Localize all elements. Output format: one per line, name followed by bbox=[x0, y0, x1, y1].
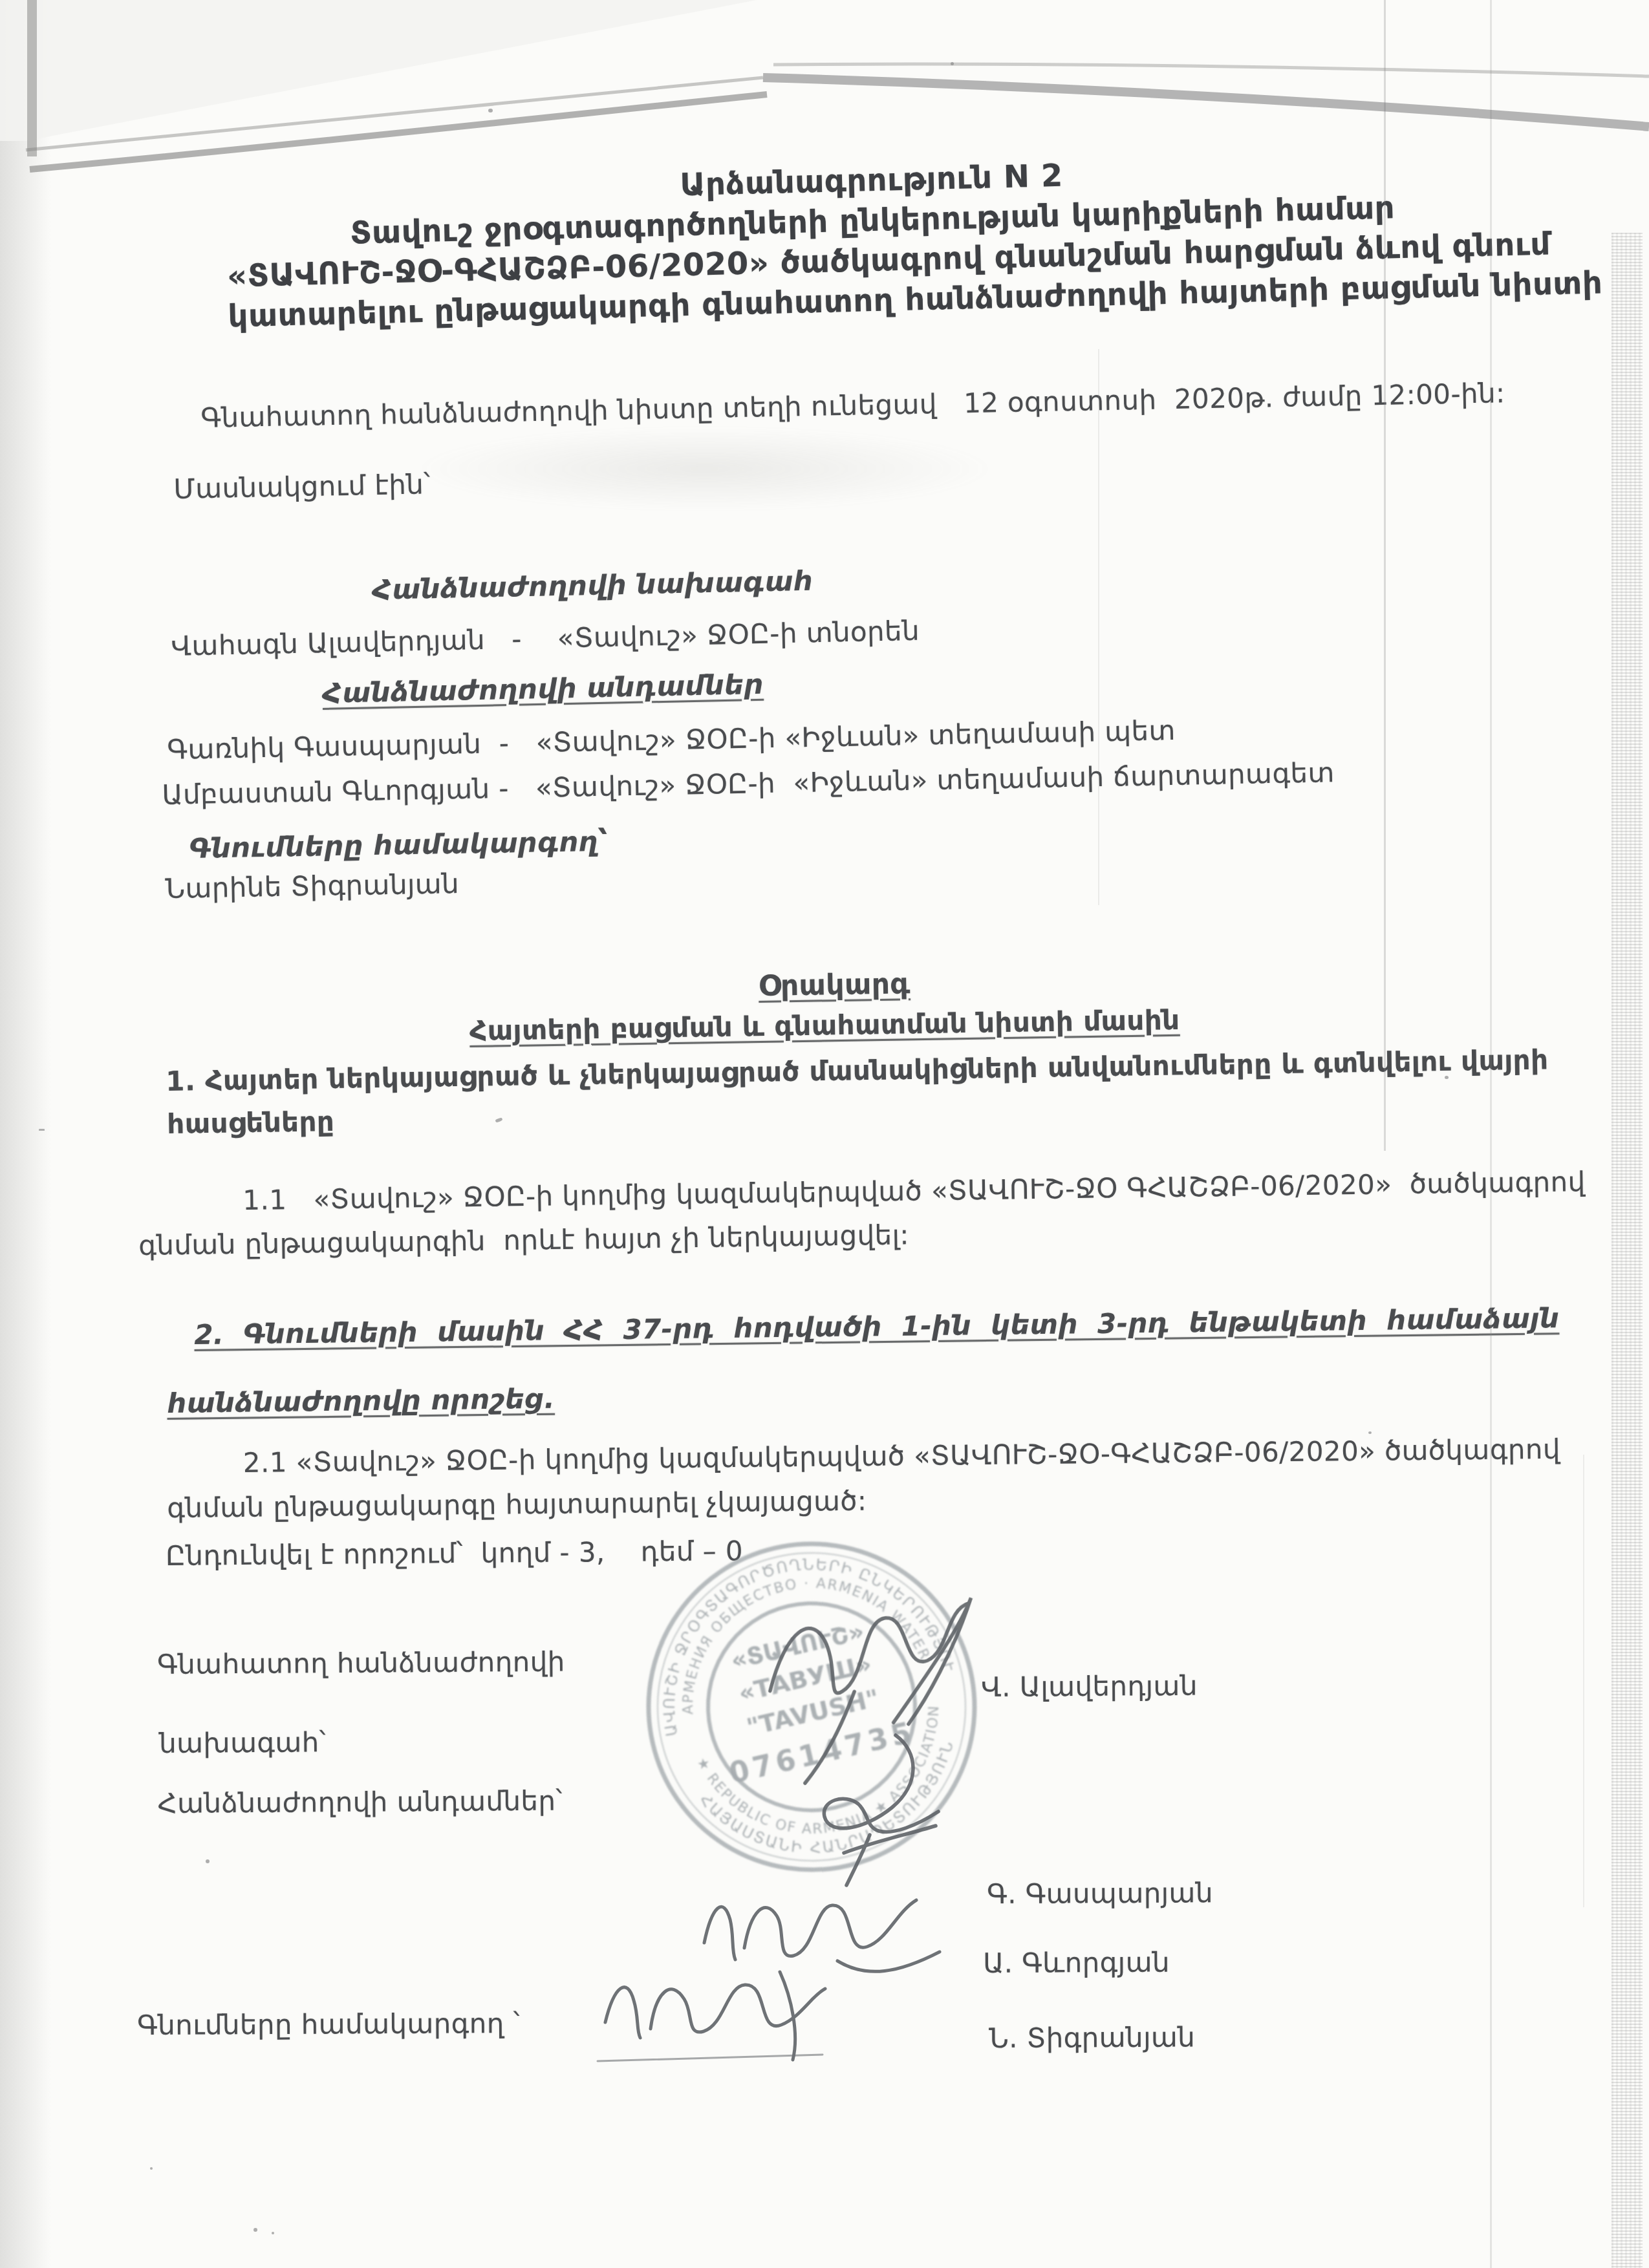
chairman-heading: Հանձնաժողովի նախագահ bbox=[372, 565, 814, 606]
signing-coordinator-label: Գնումները համակարգող ՝ bbox=[137, 2007, 520, 2041]
participants-label: Մասնակցում էին՝ bbox=[173, 468, 431, 505]
item2-heading-line: 2. Գնումների մասին ՀՀ 37-րդ հոդվածի 1-ին… bbox=[194, 1302, 1559, 1351]
signing-chairman-name: Վ. Ալավերդյան bbox=[981, 1670, 1198, 1703]
protocol-title-block: Արձանագրություն N 2 Տավուշ ջրօգտագործողն… bbox=[224, 145, 1521, 337]
coordinator-label: Գնումները համակարգող՝ bbox=[189, 826, 609, 864]
signing-chairman-label-line: նախագահ՝ bbox=[159, 1726, 326, 1759]
signing-coordinator-name: Ն. Տիգրանյան bbox=[989, 2021, 1195, 2054]
item1-1-line: գնման ընթացակարգին որևէ հայտ չի ներկայաց… bbox=[138, 1219, 909, 1261]
member-row: Ամբաստան Գևորգյան - «Տավուշ» ՋՕԸ-ի «Իջևա… bbox=[162, 756, 1335, 811]
decision-line: Ընդունվել է որոշում՝ կողմ - 3, դեմ – 0 bbox=[166, 1535, 743, 1572]
member-row: Գառնիկ Գասպարյան - «Տավուշ» ՋՕԸ-ի «Իջևան… bbox=[167, 714, 1176, 765]
signing-members-label: Հանձնաժողովի անդամներ՝ bbox=[157, 1785, 563, 1819]
item2-heading-line: հանձնաժողովը որոշեց. bbox=[167, 1383, 555, 1419]
item2-1-line: գնման ընթացակարգը հայտարարել չկայացած: bbox=[167, 1485, 867, 1524]
agenda-subheading: Հայտերի բացման և գնահատման նիստի մասին bbox=[388, 1003, 1262, 1048]
item1-heading-line: 1. Հայտեր ներկայացրած և չներկայացրած մաս… bbox=[166, 1043, 1549, 1097]
meeting-date-line: Գնահատող հանձնաժողովի նիստը տեղի ունեցավ… bbox=[200, 377, 1505, 434]
agenda-heading: Օրակարգ bbox=[673, 966, 997, 1004]
chairman-row: Վահագն Ալավերդյան - «Տավուշ» ՋՕԸ-ի տնօրե… bbox=[171, 615, 920, 662]
signing-chairman-label-line: Գնահատող հանձնաժողովի bbox=[157, 1646, 565, 1680]
signing-member-name: Ա. Գևորգյան bbox=[983, 1946, 1170, 1979]
item2-1-line: 2.1 «Տավուշ» ՋՕԸ-ի կողմից կազմակերպված «… bbox=[243, 1433, 1560, 1479]
scanned-document-page: Արձանագրություն N 2 Տավուշ ջրօգտագործողն… bbox=[0, 0, 1649, 2268]
item1-heading-line: հասցեները bbox=[167, 1106, 335, 1140]
members-heading: Հանձնաժողովի անդամներ bbox=[322, 669, 764, 709]
coordinator-name: Նարինե Տիգրանյան bbox=[165, 868, 459, 904]
item1-1-line: 1.1 «Տավուշ» ՋՕԸ-ի կողմից կազմակերպված «… bbox=[242, 1166, 1586, 1216]
document-content: Արձանագրություն N 2 Տավուշ ջրօգտագործողն… bbox=[0, 0, 1649, 2268]
signing-member-name: Գ. Գասպարյան bbox=[987, 1877, 1213, 1910]
